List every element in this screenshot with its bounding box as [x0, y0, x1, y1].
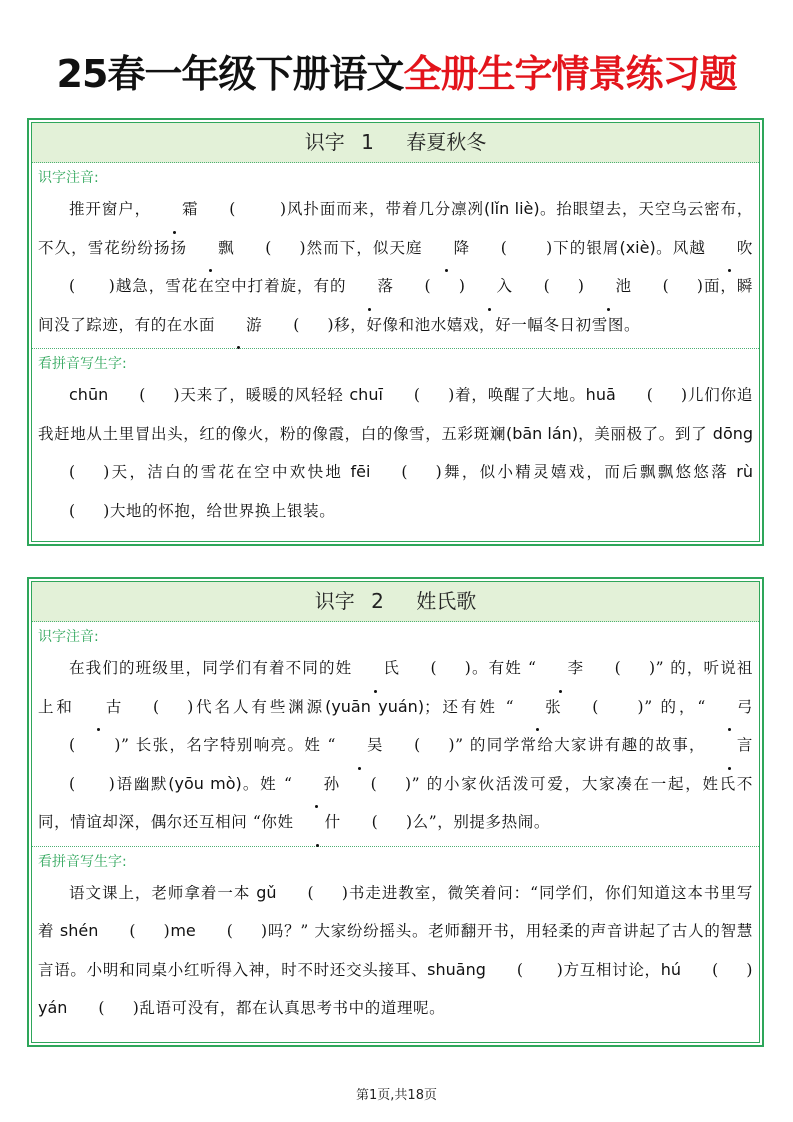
- pinyin: me: [170, 921, 195, 940]
- answer-blank[interactable]: ( ): [98, 912, 170, 951]
- text-run: 风扑面而来，带着几分凛冽: [287, 200, 484, 218]
- text-run: 天，洁白的雪花在空中欢快地: [110, 463, 351, 481]
- text-run: 然而下，似天庭: [306, 239, 422, 257]
- pinyin: dōng: [713, 424, 753, 443]
- pinyin: (lǐn liè): [484, 199, 540, 218]
- text-run: ，美丽极了。到了: [578, 425, 713, 443]
- text-run: 。有姓 “: [471, 659, 536, 677]
- answer-blank[interactable]: ( ): [383, 376, 455, 415]
- answer-blank[interactable]: ( ): [383, 726, 455, 765]
- lesson-card-1: 识字 1 春夏秋冬 识字注音: 推开窗户，霜( )风扑面而来，带着几分凛冽(lǐ…: [27, 118, 764, 546]
- answer-blank[interactable]: ( ): [67, 989, 139, 1028]
- lesson-card-2: 识字 2 姓氏歌 识字注音: 在我们的班级里，同学们有着不同的姓氏( )。有姓 …: [27, 577, 764, 1047]
- answer-blank[interactable]: ( ): [38, 765, 115, 804]
- text-run: 移，好像和池水嬉戏，好一幅冬日初雪图。: [334, 316, 640, 334]
- marked-character: 池: [585, 267, 632, 306]
- page-title: 25春一年级下册语文全册生字情景练习题: [0, 50, 793, 98]
- marked-character: 言: [706, 726, 753, 765]
- marked-character: 霜: [151, 190, 198, 229]
- answer-blank[interactable]: ( ): [513, 267, 585, 306]
- marked-character: 孙: [293, 765, 340, 804]
- pinyin: rù: [736, 462, 753, 481]
- pinyin: (yuān yuán): [325, 697, 424, 716]
- lesson-prefix: 识字: [305, 130, 345, 154]
- section-label-annotate: 识字注音:: [32, 622, 759, 649]
- text-run: 着，唤醒了大地。: [455, 386, 586, 404]
- page-footer: 第1页,共18页: [0, 1084, 793, 1103]
- answer-blank[interactable]: ( ): [486, 951, 563, 990]
- answer-blank[interactable]: ( ): [38, 267, 115, 306]
- lesson-number: 2: [371, 589, 384, 613]
- title-red-part: 全册生字情景练习题: [403, 52, 736, 96]
- section-label-annotate: 识字注音:: [32, 163, 759, 190]
- lesson-name: 春夏秋冬: [406, 130, 486, 154]
- marked-character: 吹: [706, 229, 753, 268]
- text-run: 么”，别提多热闹。: [413, 813, 550, 831]
- text-run: 下的银屑: [553, 239, 620, 257]
- answer-blank[interactable]: ( ): [584, 649, 656, 688]
- lesson-number: 1: [361, 130, 374, 154]
- answer-blank[interactable]: ( ): [616, 376, 688, 415]
- pinyin: fēi: [350, 462, 370, 481]
- answer-blank[interactable]: ( ): [234, 229, 306, 268]
- answer-blank[interactable]: ( ): [122, 688, 194, 727]
- text-run: 代名人有些渊源: [194, 698, 325, 716]
- answer-blank[interactable]: ( ): [196, 912, 268, 951]
- text-run: ” 长张，名字特别响亮。姓 “: [121, 736, 336, 754]
- answer-blank[interactable]: ( ): [632, 267, 704, 306]
- answer-blank[interactable]: ( ): [38, 453, 110, 492]
- exercise-paragraph: 语文课上，老师拿着一本 gǔ( )书走进教室，微笑着问：“同学们，你们知道这本书…: [32, 874, 759, 1032]
- answer-blank[interactable]: ( ): [38, 726, 121, 765]
- text-run: 舞，似小精灵嬉戏，而后飘飘悠悠落: [442, 463, 736, 481]
- pinyin: huā: [586, 385, 616, 404]
- pinyin: shuāng: [427, 960, 486, 979]
- lesson-header: 识字 1 春夏秋冬: [32, 123, 759, 163]
- marked-character: 氏: [352, 649, 399, 688]
- pinyin: chuī: [349, 385, 383, 404]
- answer-blank[interactable]: ( ): [370, 453, 442, 492]
- text-run: 。姓 “: [242, 775, 293, 793]
- answer-blank[interactable]: ( ): [681, 951, 753, 990]
- section-label-write: 看拼音写生字:: [32, 349, 759, 376]
- answer-blank[interactable]: ( ): [38, 492, 110, 531]
- section-label-write: 看拼音写生字:: [32, 847, 759, 874]
- marked-character: 游: [215, 306, 262, 345]
- lesson-header: 识字 2 姓氏歌: [32, 582, 759, 622]
- marked-character: 入: [465, 267, 512, 306]
- exercise-paragraph: chūn( )天来了，暖暖的风轻轻 chuī( )着，唤醒了大地。huā( )儿…: [32, 376, 759, 534]
- text-run: ” 的，“: [644, 698, 706, 716]
- answer-blank[interactable]: ( ): [561, 688, 644, 727]
- text-run: 方互相讨论，: [563, 961, 660, 979]
- lesson-prefix: 识字: [315, 589, 355, 613]
- exercise-paragraph: 推开窗户，霜( )风扑面而来，带着几分凛冽(lǐn liè)。抬眼望去，天空乌云…: [32, 190, 759, 348]
- marked-character: 古: [75, 688, 122, 727]
- text-run: 在我们的班级里，同学们有着不同的姓: [69, 659, 352, 677]
- answer-blank[interactable]: ( ): [394, 267, 466, 306]
- pinyin: (yōu mò): [168, 774, 241, 793]
- marked-character: 张: [514, 688, 561, 727]
- text-run: 语幽默: [115, 775, 168, 793]
- marked-character: 李: [537, 649, 584, 688]
- pinyin: shén: [60, 921, 98, 940]
- pinyin: hú: [661, 960, 681, 979]
- exercise-paragraph: 在我们的班级里，同学们有着不同的姓氏( )。有姓 “李( )” 的，听说祖上和古…: [32, 649, 759, 846]
- text-run: 推开窗户，: [69, 200, 151, 218]
- pinyin: gǔ: [256, 883, 276, 902]
- marked-character: 什: [294, 803, 341, 842]
- marked-character: 弓: [706, 688, 753, 727]
- text-run: 语文课上，老师拿着一本: [69, 884, 256, 902]
- text-run: ” 的同学常给大家讲有趣的故事，: [455, 736, 706, 754]
- marked-character: 吴: [336, 726, 383, 765]
- marked-character: 落: [346, 267, 393, 306]
- text-run: ；还有姓 “: [424, 698, 514, 716]
- marked-character: 飘: [187, 229, 234, 268]
- answer-blank[interactable]: ( ): [277, 874, 349, 913]
- answer-blank[interactable]: ( ): [470, 229, 553, 268]
- pinyin: yán: [38, 998, 67, 1017]
- text-run: 天来了，暖暖的风轻轻: [180, 386, 349, 404]
- answer-blank[interactable]: ( ): [262, 306, 334, 345]
- answer-blank[interactable]: ( ): [340, 765, 412, 804]
- marked-character: 降: [423, 229, 470, 268]
- text-run: 乱语可没有，都在认真思考书中的道理呢。: [139, 999, 445, 1017]
- title-black-part: 25春一年级下册语文: [57, 52, 404, 96]
- pinyin: chūn: [69, 385, 108, 404]
- answer-blank[interactable]: ( ): [399, 649, 471, 688]
- answer-blank[interactable]: ( ): [341, 803, 413, 842]
- answer-blank[interactable]: ( ): [108, 376, 180, 415]
- text-run: 。风越: [656, 239, 706, 257]
- pinyin: (xiè): [619, 238, 655, 257]
- answer-blank[interactable]: ( ): [198, 190, 287, 229]
- text-run: 越急，雪花在空中打着旋，有的: [115, 277, 346, 295]
- text-run: 大地的怀抱，给世界换上银装。: [110, 502, 335, 520]
- lesson-name: 姓氏歌: [416, 589, 476, 613]
- pinyin: (bān lán): [506, 424, 578, 443]
